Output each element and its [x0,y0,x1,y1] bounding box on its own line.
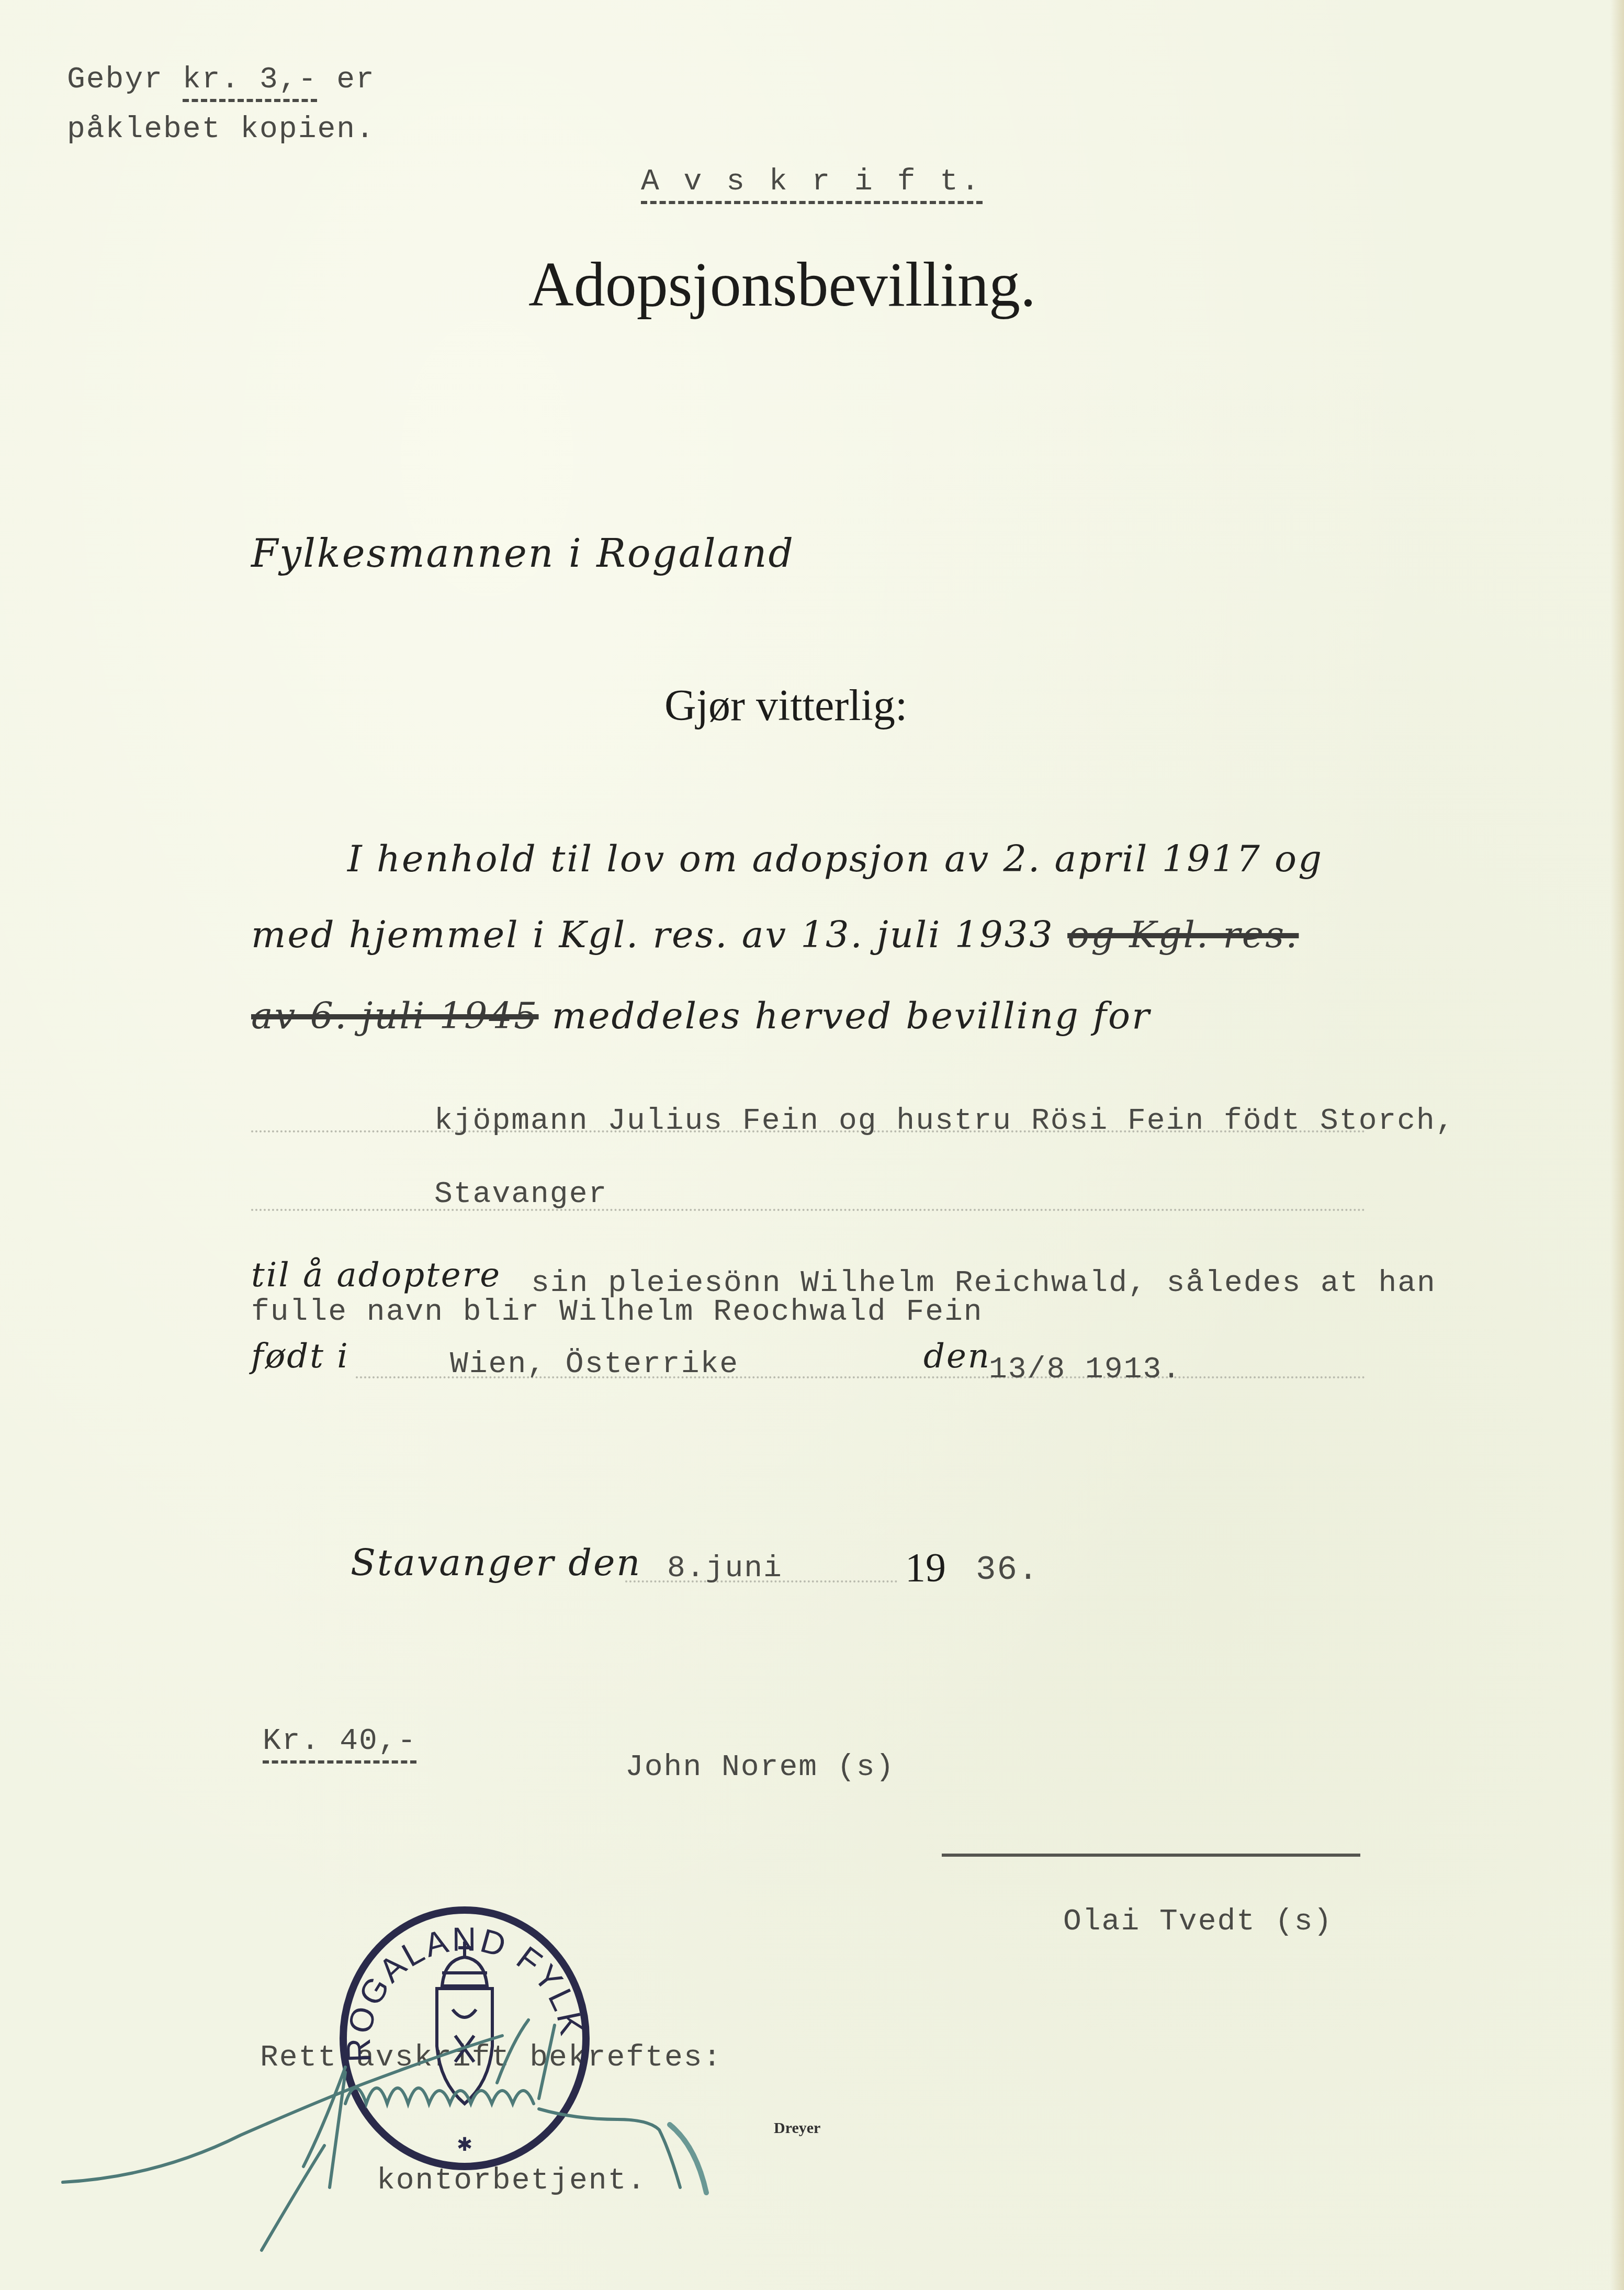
year-suffix: 36. [976,1552,1039,1589]
signatory-first: John Norem (s) [625,1750,895,1784]
name-stamp: Dreyer [774,2119,820,2137]
fee-amount: Kr. 40,- [263,1724,416,1764]
adoption-prefix: til å adoptere [251,1256,501,1295]
body-line3-text: meddeles herved bevilling for [539,994,1151,1037]
born-date: 13/8 1913. [989,1353,1181,1387]
year-prefix: 19 [905,1544,946,1591]
born-place: Wien, Österrike [450,1348,739,1382]
place-label: Stavanger den [351,1541,641,1584]
signatory-second: Olai Tvedt (s) [1063,1905,1333,1939]
document-title: Adopsjonsbevilling. [528,249,1036,321]
struck-text: av 6. juli 1945 [251,994,539,1037]
paper-edge [1610,0,1624,2290]
fee-note-amount: kr. 3,- [183,63,318,102]
issuer: Fylkesmannen i Rogaland [251,531,795,576]
copy-label: A v s k r i f t. [641,165,983,204]
fee-note-suffix: er [317,63,375,97]
signature-line [942,1854,1360,1857]
fee-note-line2: påklebet kopien. [67,113,375,147]
fee-note-line1: Gebyr kr. 3,- er [67,63,375,97]
struck-text: og Kgl. res. [1067,913,1299,956]
proclamation: Gjør vitterlig: [664,680,907,731]
fee-note-prefix: Gebyr [67,63,183,97]
fill-line [251,1209,1366,1211]
date-label: den [923,1337,991,1376]
adoption-line2: fulle navn blir Wilhelm Reochwald Fein [251,1295,983,1329]
body-line3: av 6. juli 1945 meddeles herved bevillin… [251,994,1151,1037]
body-line1: I henhold til lov om adopsjon av 2. apri… [347,837,1323,880]
handwritten-signature-icon [52,1989,759,2282]
place-date: 8.juni [667,1552,783,1586]
applicants-line2: Stavanger [434,1177,607,1211]
body-line2-text: med hjemmel i Kgl. res. av 13. juli 1933 [251,913,1067,956]
born-label: født i [251,1337,349,1376]
body-line2: med hjemmel i Kgl. res. av 13. juli 1933… [251,913,1299,956]
applicants-line1: kjöpmann Julius Fein og hustru Rösi Fein… [434,1104,1455,1138]
